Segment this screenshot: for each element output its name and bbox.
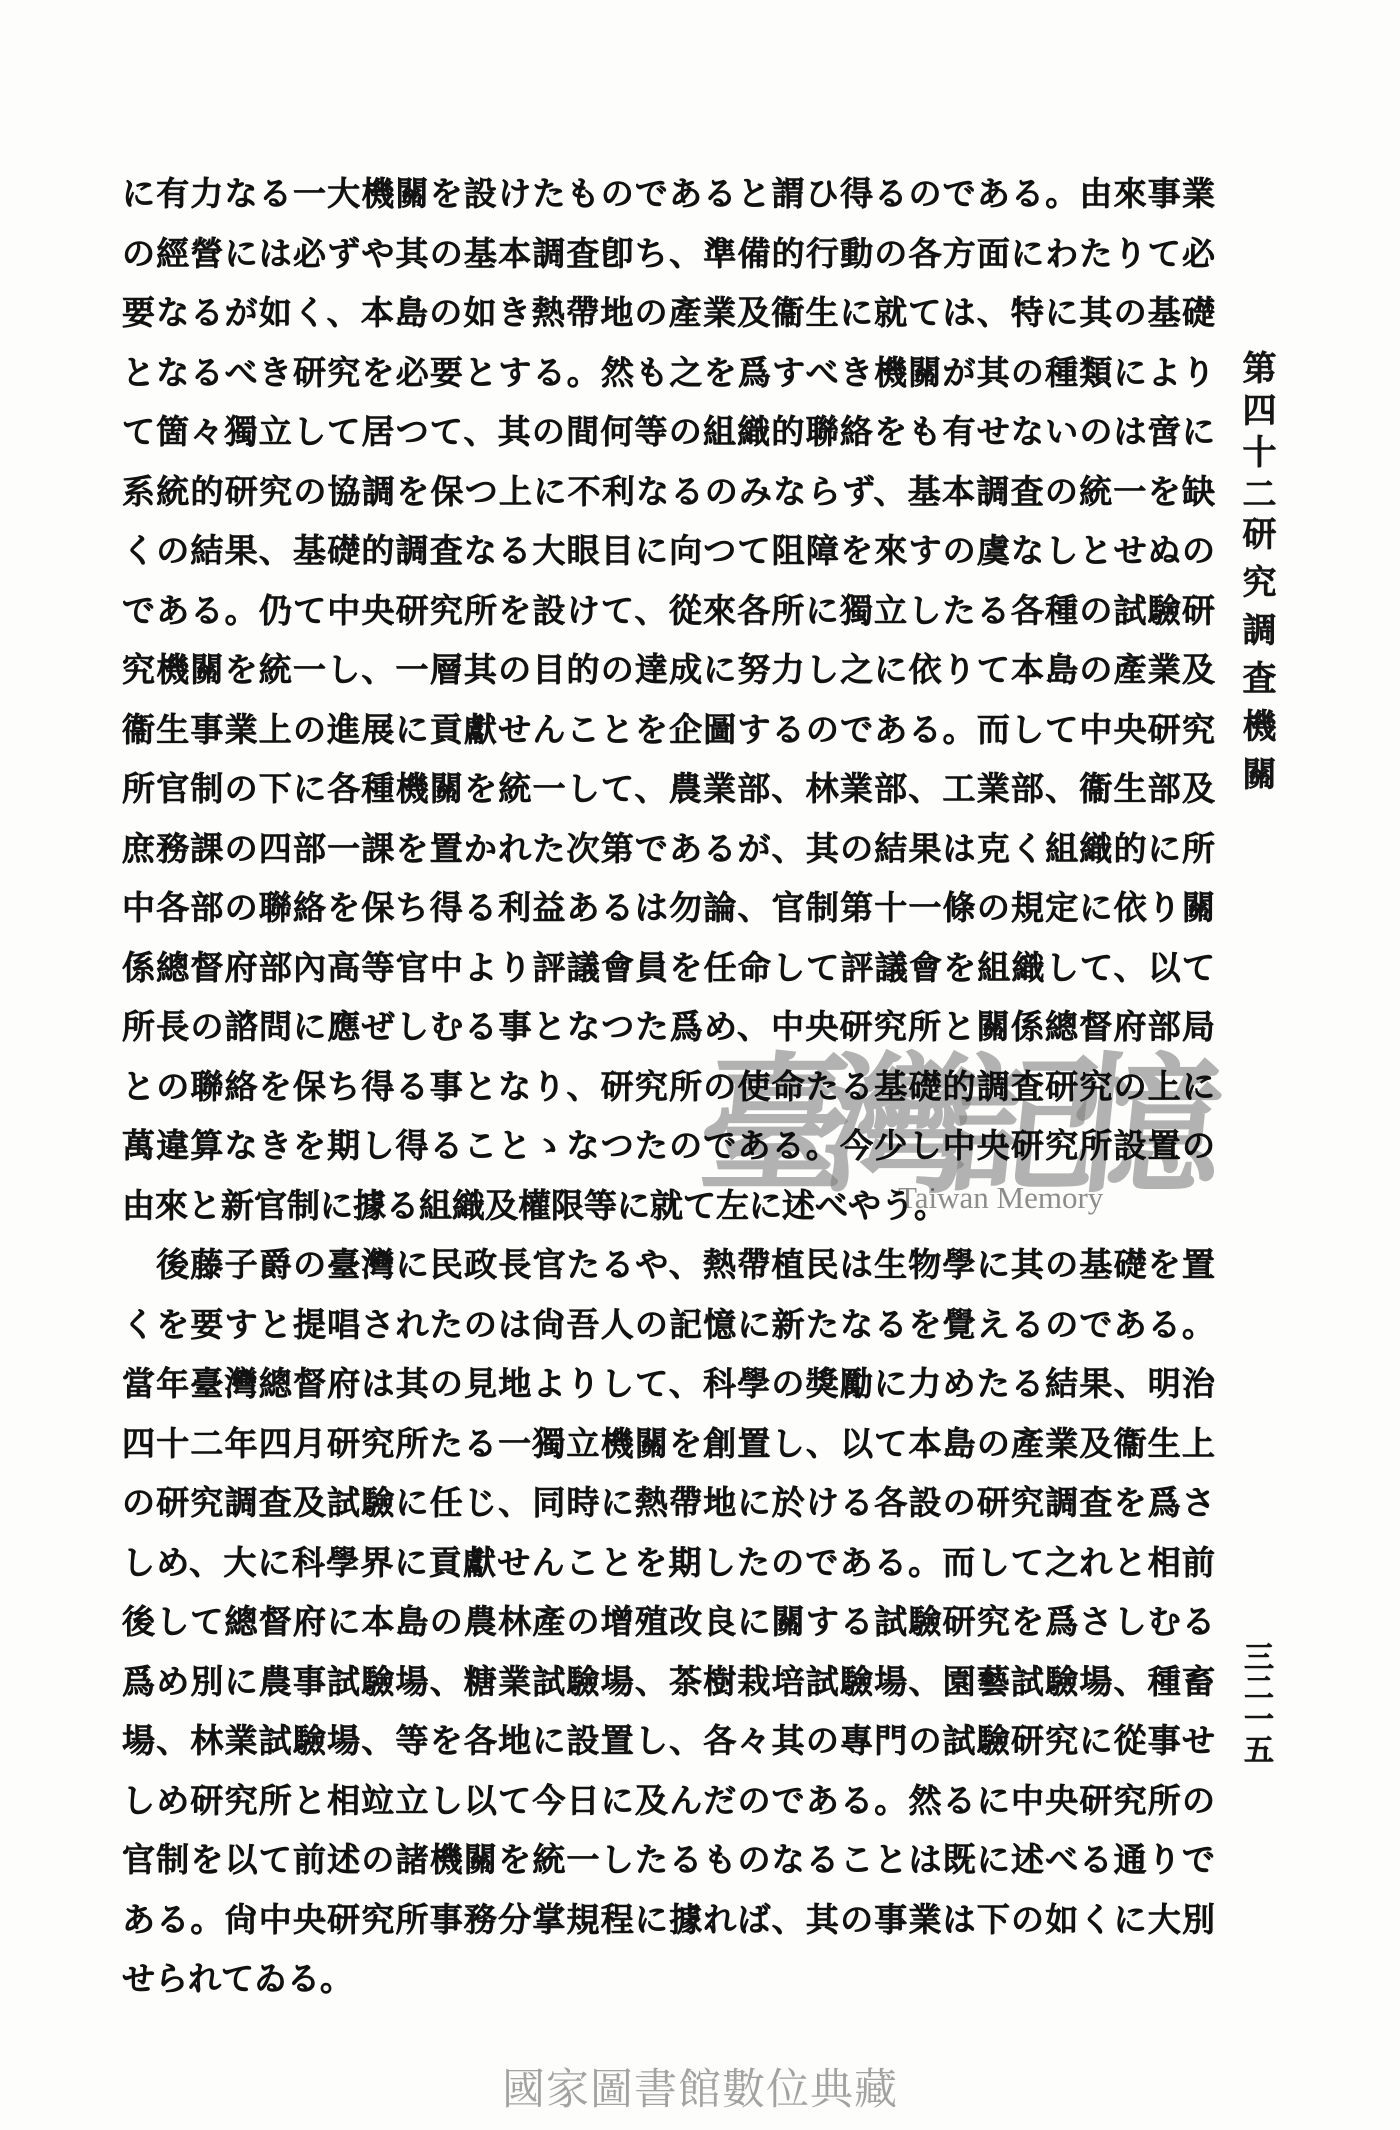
text-line: の經營には必ずや其の基本調査卽ち、準備的行動の各方面にわたりて必 (122, 226, 1215, 286)
text-line: 後藤子爵の臺灣に民政長官たるや、熱帶植民は生物學に其の基礎を置 (122, 1237, 1215, 1297)
text-line: 衞生事業上の進展に貢獻せんことを企圖するのである。而して中央研究 (122, 702, 1215, 762)
text-line: 場、林業試驗場、等を各地に設置し、各々其の專門の試驗研究に從事せ (122, 1713, 1215, 1773)
page-number: 三二一五 (1233, 1641, 1277, 1765)
text-line: 係總督府部內高等官中より評議會員を任命して評議會を組織して、以て (122, 940, 1215, 1000)
text-line: の研究調査及試驗に任じ、同時に熱帶地に於ける各設の研究調査を爲さ (122, 1475, 1215, 1535)
text-line: て箇々獨立して居つて、其の間何等の組織的聯絡をも有せないのは啻に (122, 404, 1215, 464)
text-line: 爲め別に農事試驗場、糖業試驗場、茶樹栽培試驗場、園藝試驗場、種畜 (122, 1654, 1215, 1714)
scanned-page: に有力なる一大機關を設けたものであると謂ひ得るのである。由來事業の經營には必ずや… (0, 0, 1400, 2130)
text-line: せられてゐる。 (122, 1951, 1215, 2011)
margin-chapter-title: 研究調査機關 (1231, 516, 1280, 804)
text-line: しめ、大に科學界に貢獻せんことを期したのである。而して之れと相前 (122, 1535, 1215, 1595)
text-line: 四十二年四月研究所たる一獨立機關を創置し、以て本島の產業及衞生上 (122, 1416, 1215, 1476)
text-line: である。仍て中央研究所を設けて、從來各所に獨立したる各種の試驗研 (122, 583, 1215, 643)
text-line: しめ研究所と相竝立し以て今日に及んだのである。然るに中央研究所の (122, 1773, 1215, 1833)
library-caption: 國家圖書館數位典藏 (0, 2056, 1400, 2117)
text-line: となるべき研究を必要とする。然も之を爲すべき機關が其の種類により (122, 345, 1215, 405)
text-line: 究機關を統一し、一層其の目的の達成に努力し之に依りて本島の產業及 (122, 642, 1215, 702)
text-line: 所官制の下に各種機關を統一して、農業部、林業部、工業部、衞生部及 (122, 761, 1215, 821)
text-line: に有力なる一大機關を設けたものであると謂ひ得るのである。由來事業 (122, 166, 1215, 226)
taiwan-memory-watermark-latin: Taiwan Memory (898, 1180, 1103, 1216)
text-line: 中各部の聯絡を保ち得る利益あるは勿論、官制第十一條の規定に依り關 (122, 880, 1215, 940)
text-line: 要なるが如く、本島の如き熱帶地の產業及衞生に就ては、特に其の基礎 (122, 285, 1215, 345)
text-line: くの結果、基礎的調査なる大眼目に向つて阻障を來すの虞なしとせぬの (122, 523, 1215, 583)
text-line: 當年臺灣總督府は其の見地よりして、科學の獎勵に力めたる結果、明治 (122, 1356, 1215, 1416)
text-line: 庶務課の四部一課を置かれた次第であるが、其の結果は克く組織的に所 (122, 821, 1215, 881)
text-line: くを要すと提唱されたのは尙吾人の記憶に新たなるを覺えるのである。 (122, 1297, 1215, 1357)
text-line: 官制を以て前述の諸機關を統一したるものなることは既に述べる通りで (122, 1832, 1215, 1892)
text-line: ある。尙中央研究所事務分掌規程に據れば、其の事業は下の如くに大別 (122, 1892, 1215, 1952)
margin-chapter-number: 第四十二 (1231, 350, 1280, 518)
text-line: 後して總督府に本島の農林產の增殖改良に關する試驗研究を爲さしむる (122, 1594, 1215, 1654)
text-line: 系統的研究の協調を保つ上に不利なるのみならず、基本調査の統一を缺 (122, 464, 1215, 524)
